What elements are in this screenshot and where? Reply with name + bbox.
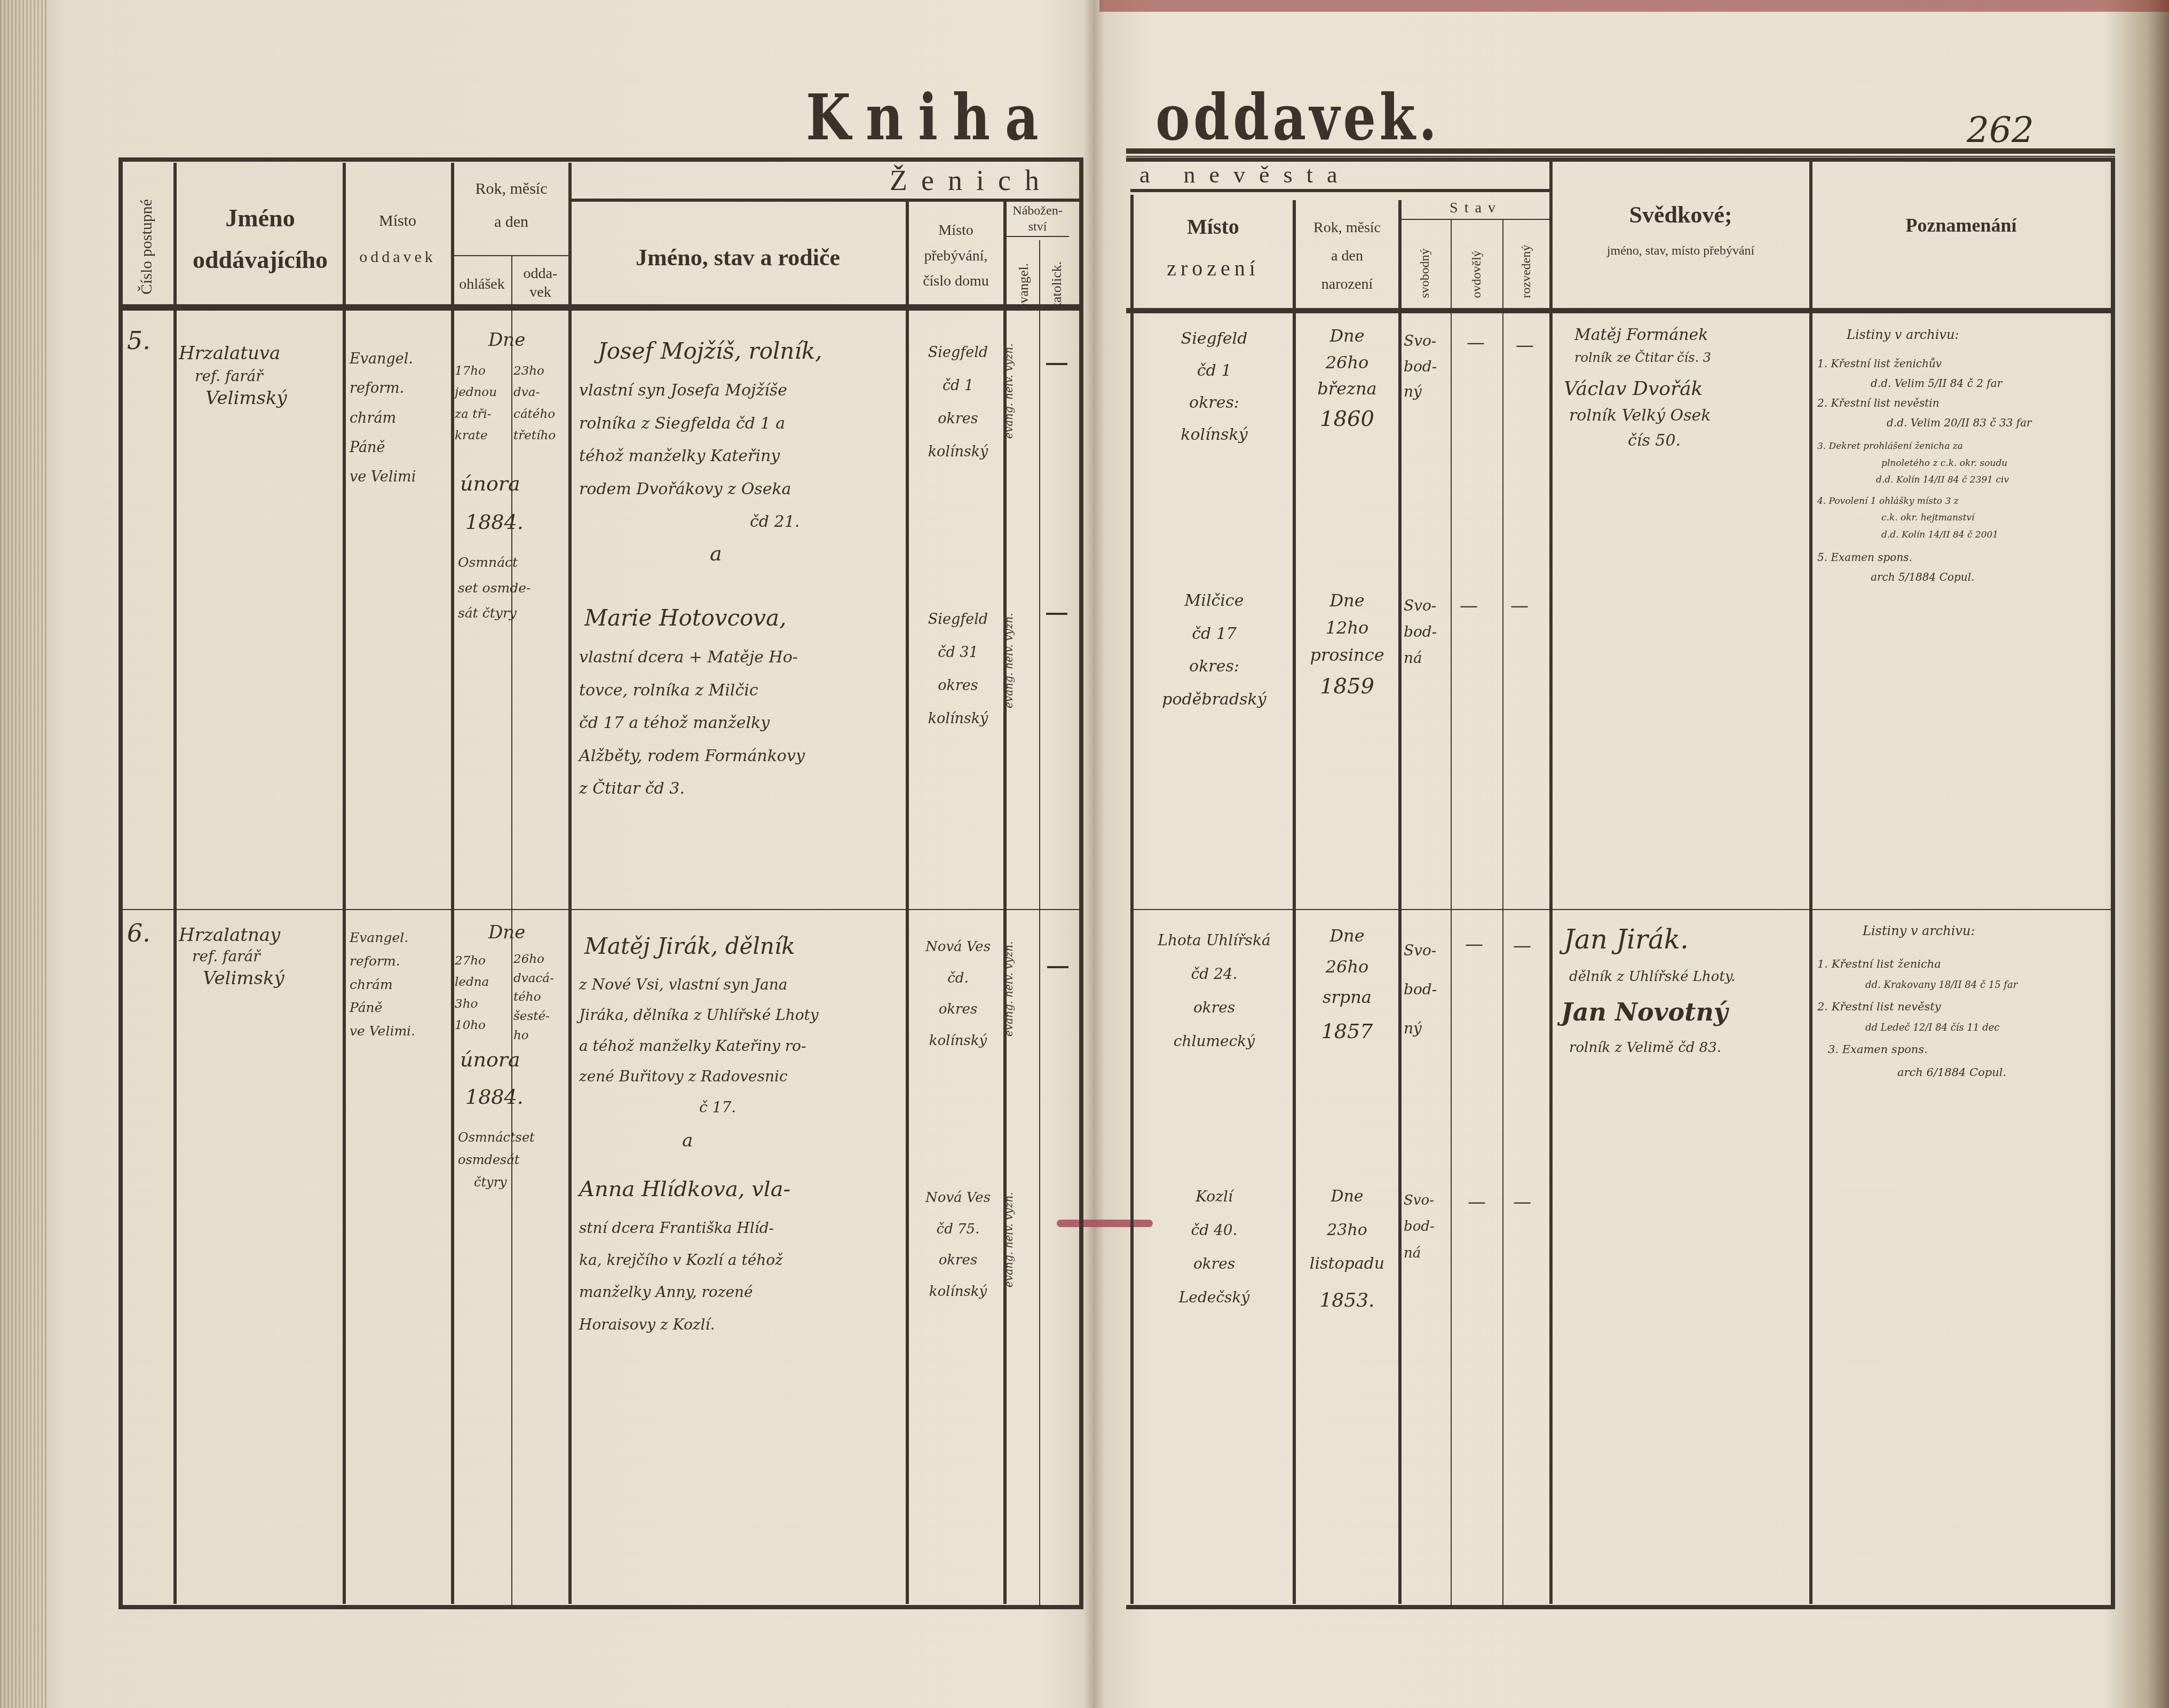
groom-ovdovely: — bbox=[1465, 935, 1483, 953]
wedding-place: Evangel.reform.chrámPáněve Velimi. bbox=[350, 926, 451, 1043]
header-cislo-postupne: Číslo postupné bbox=[138, 199, 156, 295]
bride-ovdovela: — bbox=[1460, 597, 1478, 615]
rule bbox=[453, 255, 569, 256]
groom-rozvedeny: — bbox=[1516, 336, 1534, 354]
groom-svobodny: Svo-bod-ný bbox=[1404, 328, 1449, 405]
header-evangel: evangel. bbox=[1016, 240, 1032, 310]
bride-rozvedena: — bbox=[1510, 597, 1529, 615]
col-divider bbox=[568, 163, 572, 1604]
rule bbox=[570, 199, 1083, 202]
notes-remarks: Listiny v archivu: 1. Křestní list ženic… bbox=[1817, 918, 2111, 1084]
header-misto-oddavek: Místooddavek bbox=[347, 211, 448, 267]
col-divider bbox=[1398, 200, 1402, 1604]
col-divider bbox=[343, 163, 346, 1604]
title-left: Kniha bbox=[806, 80, 1054, 154]
bride-svobodna: Svo-bod-ná bbox=[1404, 592, 1449, 671]
connector-and: a bbox=[682, 1132, 693, 1150]
wedding-place: Evangel.reform.chrámPáněve Velimi bbox=[350, 344, 451, 492]
groom-name-status-parents: Josef Mojžíš, rolník, vlastní syn Josefa… bbox=[579, 328, 905, 539]
header-a-nevesta: a nevěsta bbox=[1134, 160, 1460, 189]
wedding-month-year: února1884. bbox=[460, 1041, 567, 1116]
groom-residence: Siegfeldčd 1okreskolínský bbox=[913, 336, 1003, 469]
bride-name-status-parents: Anna Hlídkova, vla- stní dcera Františka… bbox=[579, 1166, 905, 1341]
groom-birthdate: Dne26hosrpna1857 bbox=[1297, 921, 1397, 1049]
header-svedkove-sub: jméno, stav, místo přebývání bbox=[1553, 243, 1808, 259]
col-subdivider bbox=[1502, 220, 1503, 1605]
date-dne: Dne bbox=[488, 923, 525, 942]
header-svedkove: Svědkové; bbox=[1553, 200, 1808, 230]
header-jmeno-stav-rodice: Jméno, stav a rodiče bbox=[574, 243, 902, 272]
header-nabozenstvi: Nábožen-ství bbox=[1006, 203, 1069, 235]
bride-rozvedena: — bbox=[1513, 1193, 1531, 1211]
col-divider bbox=[1130, 195, 1134, 1604]
entry-separator bbox=[1130, 909, 2111, 910]
col-divider bbox=[1809, 157, 1812, 1604]
bride-birthdate: Dne23holistopadu1853. bbox=[1297, 1180, 1397, 1321]
groom-birthdate: Dne26hobřezna1860 bbox=[1297, 323, 1397, 436]
header-rozvedeny: rozvedený bbox=[1519, 229, 1534, 298]
groom-religion-katolick-dash bbox=[1046, 363, 1067, 365]
groom-svobodny: Svo-bod-ný bbox=[1404, 931, 1449, 1048]
book-top-edge bbox=[1099, 0, 2169, 12]
rule bbox=[1005, 236, 1069, 237]
bride-birthplace: Milčicečd 17okres:poděbradský bbox=[1137, 584, 1292, 716]
groom-birthplace: Lhota Uhlířskáčd 24.okreschlumecký bbox=[1137, 923, 1292, 1058]
col-divider bbox=[173, 163, 177, 1604]
officiant-name: Hrzalatuvaref. farářVelimský bbox=[179, 342, 339, 411]
groom-birthplace: Siegfeldčd 1okres:kolínský bbox=[1137, 323, 1292, 451]
banns-date: 17hojednouza tři-krate bbox=[455, 360, 511, 446]
bride-residence: Siegfeldčd 31okreskolínský bbox=[913, 603, 1003, 736]
header-zenich: Ženich bbox=[859, 163, 1083, 199]
header-rok-mesic-den: Rok, měsíca den bbox=[455, 179, 568, 232]
header-bottom-thin-left bbox=[123, 310, 1081, 311]
header-svobodny: svobodný bbox=[1418, 229, 1432, 298]
header-poznamenani: Poznamenání bbox=[1813, 213, 2109, 238]
bride-birthplace: Kozlíčd 40.okresLedečský bbox=[1137, 1180, 1292, 1314]
header-rok-mesic-den-narozeni: Rok, měsíca dennarození bbox=[1297, 213, 1397, 299]
entry-number: 6. bbox=[127, 921, 151, 945]
page-number: 262 bbox=[1967, 109, 2034, 151]
header-ovdovely: ovdovělý bbox=[1470, 229, 1484, 298]
witnesses: Jan Jirák. dělník z Uhlířské Lhoty. Jan … bbox=[1558, 918, 1809, 1059]
entry-separator bbox=[123, 909, 1081, 910]
book-gutter bbox=[1083, 0, 1105, 1708]
header-bottom-rule-right bbox=[1126, 308, 2115, 313]
year-in-words: Osmnáctset osmde-sát čtyry bbox=[458, 550, 567, 626]
bride-svobodna: Svo-bod-ná bbox=[1404, 1188, 1449, 1267]
notes-remarks: Listiny v archivu: 1. Křestní list ženic… bbox=[1817, 323, 2111, 587]
date-dne: Dne bbox=[488, 331, 525, 349]
col-divider bbox=[1293, 200, 1296, 1604]
header-stav: Stav bbox=[1401, 199, 1550, 217]
connector-and: a bbox=[710, 543, 722, 564]
bride-ovdovela: — bbox=[1468, 1193, 1486, 1211]
col-divider bbox=[1549, 157, 1553, 1604]
header-misto-prebyvani: Místopřebývání,číslo domu bbox=[910, 218, 1002, 294]
banns-date: 27holedna3ho10ho bbox=[455, 950, 511, 1036]
year-in-words: Osmnáctsetosmdesátčtyry bbox=[458, 1126, 567, 1193]
bride-religion-katolick-dash bbox=[1046, 613, 1067, 615]
col-divider bbox=[906, 200, 909, 1604]
header-ohlasek: ohlášek bbox=[453, 275, 511, 294]
page-edges bbox=[0, 0, 48, 1708]
header-katolick: katolick. bbox=[1049, 240, 1065, 310]
bride-religion-evangel: evang. helv. vyzn. bbox=[1002, 1191, 1015, 1287]
col-subdivider bbox=[1039, 240, 1040, 1607]
header-jmeno-oddavajiciho: Jménooddávajícího bbox=[179, 203, 342, 275]
right-top-thin bbox=[1126, 156, 2115, 157]
header-oddavek-date: odda-vek bbox=[512, 264, 568, 302]
right-top-rule bbox=[1126, 148, 2115, 154]
groom-religion-katolick-dash bbox=[1047, 966, 1068, 968]
open-register-book: Kniha oddavek. 262 Číslo postupné Jménoo… bbox=[0, 0, 2169, 1708]
bride-residence: Nová Vesčd 75.okreskolínský bbox=[913, 1182, 1003, 1307]
witnesses: Matěj Formánek rolník ze Čtitar čís. 3 V… bbox=[1558, 323, 1809, 453]
groom-name-status-parents: Matěj Jirák, dělník z Nové Vsi, vlastní … bbox=[579, 923, 905, 1122]
wedding-month-year: února1884. bbox=[460, 464, 567, 541]
header-bottom-rule-left bbox=[118, 304, 1083, 310]
title-right: oddavek. bbox=[1155, 80, 1440, 154]
officiant-name: Hrzalatnayref. farářVelimský bbox=[179, 923, 339, 990]
header-misto-zrozeni: Místozrození bbox=[1135, 213, 1292, 282]
rule bbox=[1400, 219, 1550, 220]
wedding-date: 23hodva-cátéhotřetího bbox=[513, 360, 568, 446]
groom-residence: Nová Vesčd.okreskolínský bbox=[913, 931, 1003, 1056]
bride-religion-evangel: evang. helv. vyzn. bbox=[1002, 612, 1015, 708]
groom-religion-evangel: evang. helv. vyzn. bbox=[1002, 343, 1015, 439]
bride-name-status-parents: Marie Hotovcova, vlastní dcera + Matěje … bbox=[579, 595, 905, 805]
entry-number: 5. bbox=[127, 328, 151, 353]
groom-ovdovely: — bbox=[1467, 334, 1485, 352]
groom-religion-evangel: evang. helv. vyzn. bbox=[1002, 940, 1015, 1037]
groom-rozvedeny: — bbox=[1513, 937, 1531, 955]
col-subdivider bbox=[1451, 220, 1452, 1605]
bride-birthdate: Dne12hoprosince1859 bbox=[1297, 587, 1397, 703]
col-divider bbox=[451, 163, 454, 1604]
wedding-date: 26hodvacá-téhošesté-ho bbox=[513, 950, 568, 1045]
